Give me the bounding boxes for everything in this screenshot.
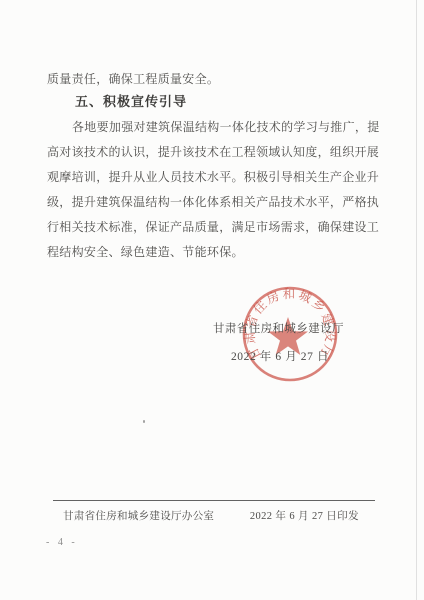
paragraph-line: 各地要加强对建筑保温结构一体化技术的学习与推广，提: [47, 115, 387, 140]
paragraph-line: 程结构安全、绿色建造、节能环保。: [47, 240, 387, 265]
document-page: 质量责任，确保工程质量安全。 五、积极宣传引导 各地要加强对建筑保温结构一体化技…: [0, 0, 424, 600]
scan-edge-artifact: [416, 0, 417, 600]
paragraph-line: 行相关技术标准，保证产品质量，满足市场需求，确保建设工: [47, 215, 387, 240]
signature-date: 2022 年 6 月 27 日: [213, 348, 347, 364]
paragraph-line: 观摩培训，提升从业人员技术水平。积极引导相关生产企业升: [47, 165, 387, 190]
section-heading: 五、积极宣传引导: [75, 89, 187, 114]
footer-print-date: 2022 年 6 月 27 日印发: [250, 508, 375, 523]
signature-issuer: 甘肃省住房和城乡建设厅: [213, 322, 347, 336]
page-number: - 4 -: [46, 537, 78, 548]
signature-block: 甘肃省住房和城乡建设厅 2022 年 6 月 27 日: [213, 322, 347, 364]
footer-issuing-office: 甘肃省住房和城乡建设厅办公室: [53, 508, 214, 523]
body-paragraph: 各地要加强对建筑保温结构一体化技术的学习与推广，提 高对该技术的认识，提升该技术…: [47, 115, 387, 265]
paragraph-line: 高对该技术的认识，提升该技术在工程领域认知度，组织开展: [47, 140, 387, 165]
footer-divider-line: [53, 500, 375, 501]
paragraph-line: 级，提升建筑保温结构一体化体系相关产品技术水平，严格执: [47, 190, 387, 215]
footer: 甘肃省住房和城乡建设厅办公室 2022 年 6 月 27 日印发: [53, 508, 375, 523]
scan-noise-speck: [143, 420, 145, 423]
